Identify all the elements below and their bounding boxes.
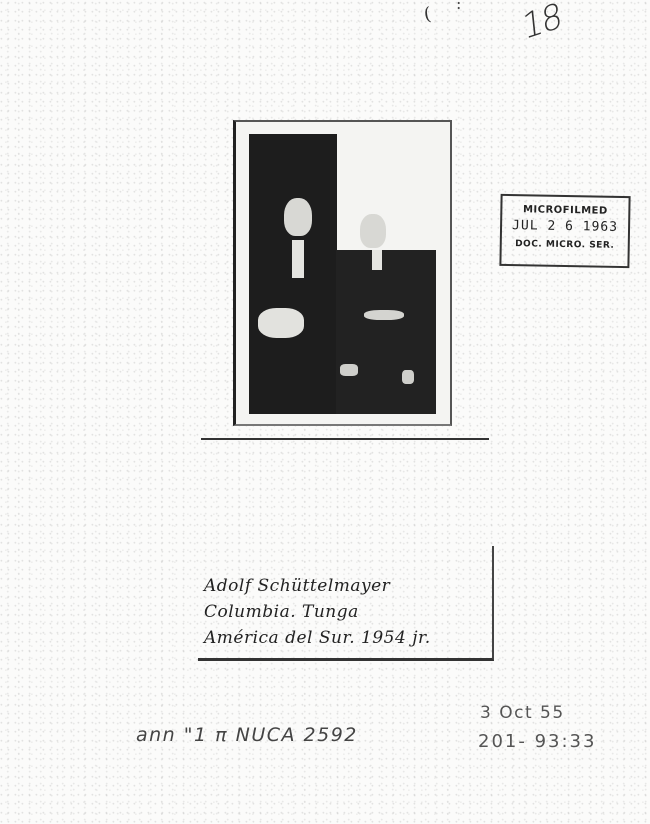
- caption-location: Columbia. Tunga: [204, 602, 359, 622]
- photo-shoe: [402, 370, 414, 384]
- divider-line: [201, 438, 489, 440]
- microfilmed-stamp: MICROFILMED JUL 2 6 1963 DOC. MICRO. SER…: [499, 194, 630, 268]
- reference-note: ann "1 π NUCA 2592: [136, 724, 358, 746]
- reference-date: 3 Oct 55: [480, 703, 565, 723]
- photo-hands-right: [364, 310, 404, 320]
- photo-hands-left: [258, 308, 304, 338]
- photo-shoe: [340, 364, 358, 376]
- handwritten-caption-box: Adolf Schüttelmayer Columbia. Tunga Amér…: [198, 546, 494, 661]
- stamp-date: JUL 2 6 1963: [502, 218, 628, 235]
- margin-mark: (: [423, 4, 433, 26]
- caption-region-year: América del Sur. 1954 jr.: [204, 628, 431, 648]
- photo-face-left: [284, 198, 312, 236]
- file-number: 201- 93:33: [478, 731, 596, 752]
- stamp-title: MICROFILMED: [502, 204, 628, 217]
- margin-dots: :: [456, 0, 461, 8]
- photo-face-right: [360, 214, 386, 248]
- caption-name: Adolf Schüttelmayer: [204, 576, 390, 596]
- page-number: 18: [521, 0, 563, 48]
- photograph: [233, 120, 452, 426]
- photo-shirt-left: [292, 240, 304, 278]
- photo-seated-figure-right: [336, 250, 436, 414]
- stamp-footer: DOC. MICRO. SER.: [502, 239, 628, 251]
- photo-shirt-right: [372, 250, 382, 270]
